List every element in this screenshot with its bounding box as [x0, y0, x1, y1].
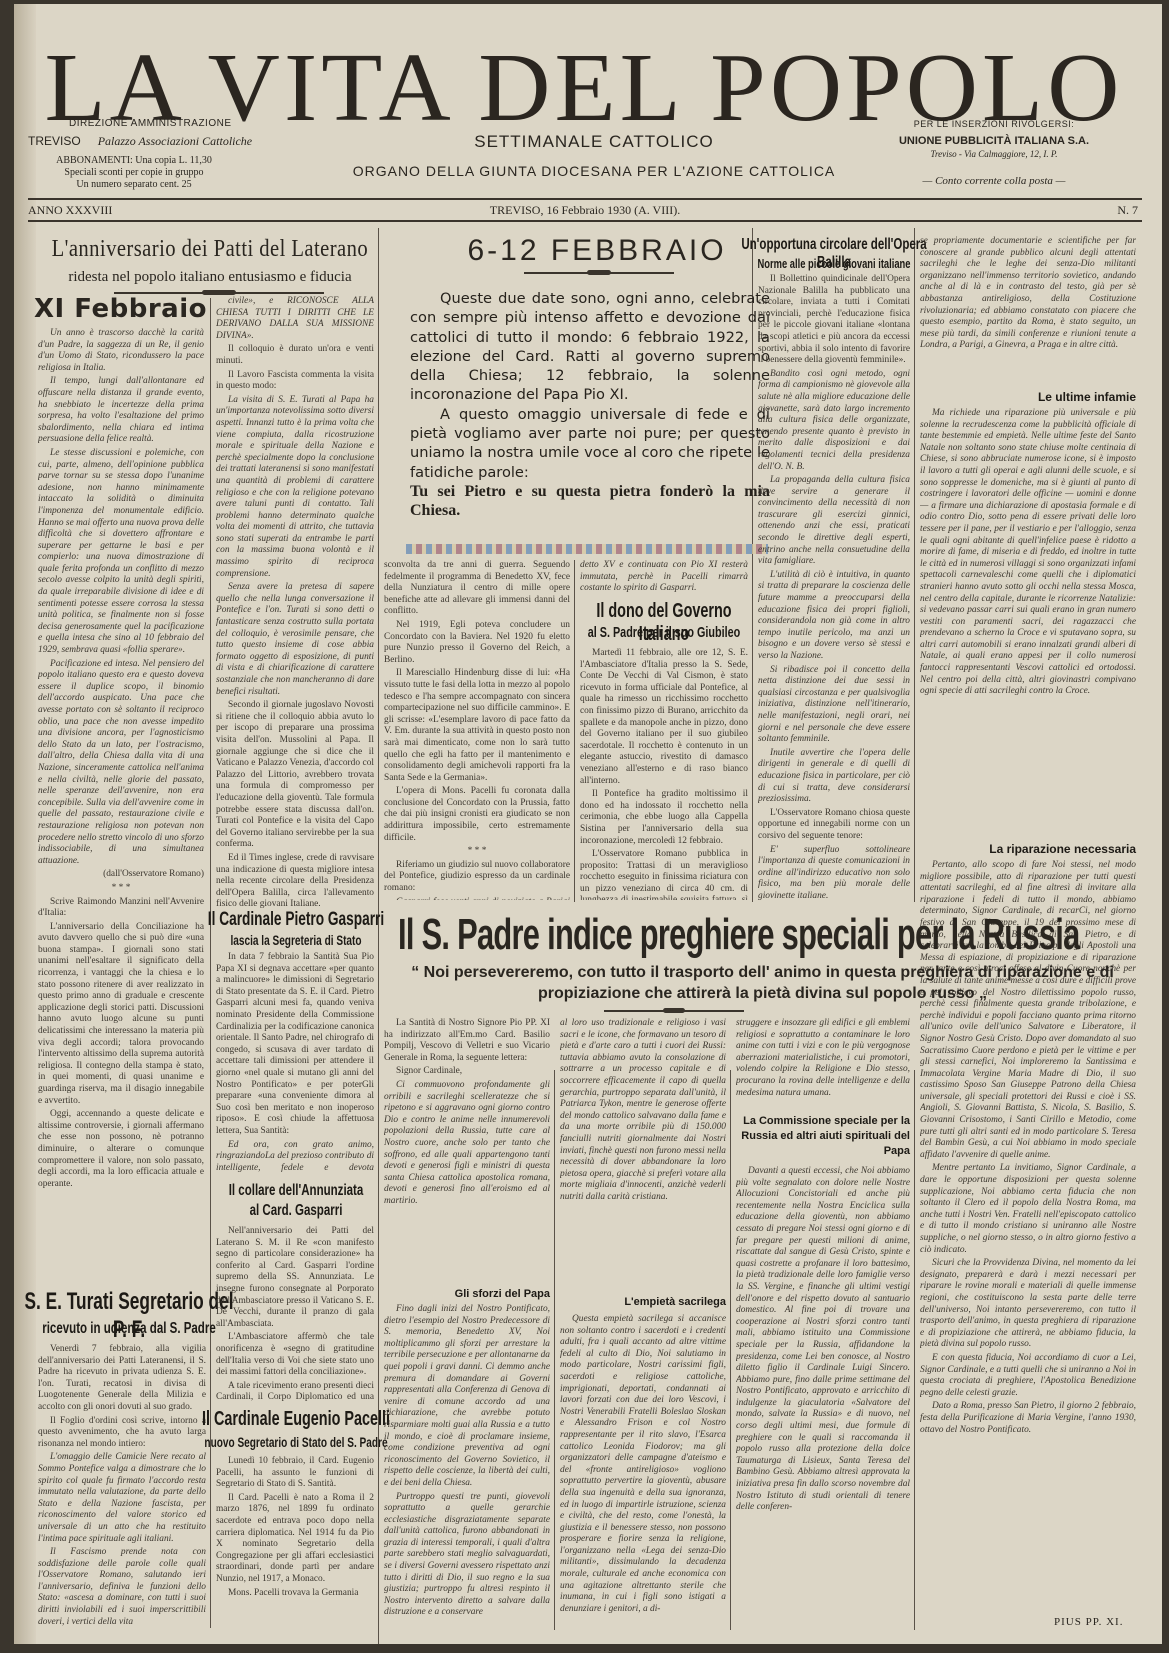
- headline-laterano: L'anniversario dei Patti del Laterano: [28, 236, 392, 263]
- paragraph: Il Bollettino quindicinale dell'Opera Na…: [758, 274, 910, 367]
- advertising-line: Treviso - Via Calmaggiore, 12, I. P.: [844, 148, 1144, 161]
- paragraph: E con questa fiducia, Noi accordiamo di …: [920, 1353, 1136, 1399]
- advertising-line: UNIONE PUBBLICITÀ ITALIANA S.A.: [844, 135, 1144, 148]
- ornament-rule: [524, 270, 674, 276]
- subhead-russia: “ Noi persevereremo, con tutto il traspo…: [400, 962, 1125, 1004]
- headline-riparazione: La riparazione necessaria: [920, 842, 1136, 856]
- headline-gasparri: Il Cardinale Pietro Gasparri: [188, 909, 404, 931]
- column-rule: [554, 1070, 555, 1630]
- paragraph: Il Card. Pacelli è nato a Roma il 2 marz…: [216, 1493, 374, 1586]
- article-infamie: Ma richiede una riparazione più universa…: [920, 408, 1136, 836]
- paragraph: L'anniversario della Conciliazione ha av…: [38, 922, 204, 1108]
- article-turati: Venerdì 7 febbraio, alla vigilia dell'an…: [38, 1344, 206, 1634]
- article-gasparri: In data 7 febbraio la Santità Sua Pio Pa…: [216, 952, 374, 1174]
- paragraph: Pacificazione ed intesa. Nel pensiero de…: [38, 659, 204, 868]
- paragraph: al loro uso tradizionale e religioso i v…: [560, 1018, 726, 1204]
- direzione-label: DIREZIONE AMMINISTRAZIONE: [69, 118, 232, 129]
- column-rule: [914, 228, 915, 902]
- headline-empieta: L'empietà sacrilega: [560, 1296, 726, 1308]
- paragraph: civile», e RICONOSCE ALLA CHIESA TUTTI I…: [216, 296, 374, 342]
- address-palazzo: Palazzo Associazioni Cattoliche: [98, 134, 252, 148]
- paragraph: La Santità di Nostro Signore Pio PP. XI …: [384, 1018, 550, 1064]
- paragraph: Pertanto, allo scopo di fare Noi stessi,…: [920, 860, 1136, 1161]
- paragraph: In data 7 febbraio la Santità Sua Pio Pa…: [216, 952, 374, 1138]
- paragraph: Purtroppo questi tre punti, giovevoli so…: [384, 1492, 550, 1620]
- article-dono: Martedì 11 febbraio, alle ore 12, S. E. …: [580, 648, 748, 900]
- section-title-xi-febbraio: XI Febbraio: [34, 294, 207, 324]
- signature: PIUS PP. XI.: [1054, 1616, 1123, 1628]
- divider: [28, 220, 1142, 222]
- article-6-12-febbraio: Queste due date sono, ogni anno, celebra…: [410, 289, 770, 521]
- article-commissione: Davanti a questi eccessi, che Noi abbiam…: [736, 1166, 910, 1632]
- paragraph: L'Osservatore Romano chiosa queste oppor…: [758, 808, 910, 843]
- article-balilla: Il Bollettino quindicinale dell'Opera Na…: [758, 274, 910, 900]
- article-continuation: se propriamente documentarie e scientifi…: [920, 236, 1136, 386]
- paragraph: struggere e insozzare gli edifici e gli …: [736, 1018, 910, 1099]
- paragraph: Signor Cardinale,: [384, 1066, 550, 1078]
- paragraph: Queste due date sono, ogni anno, celebra…: [410, 289, 770, 405]
- advertising-line: — Conto corrente colla posta —: [844, 175, 1144, 188]
- newspaper-page: LA VITA DEL POPOLO DIREZIONE AMMINISTRAZ…: [14, 4, 1162, 1644]
- paragraph: Il Maresciallo Hindenburg disse di lui: …: [384, 668, 570, 784]
- paragraph: Il colloquio è durato un'ora e venti min…: [216, 344, 374, 367]
- headline-russia: Il S. Padre indice preghiere speciali pe…: [398, 910, 1126, 960]
- subhead-collare: al Card. Gasparri: [217, 1202, 375, 1220]
- article-laterano-col1: Un anno è trascorso dacchè la carità d'u…: [38, 328, 204, 1188]
- paragraph: Davanti a questi eccessi, che Noi abbiam…: [736, 1166, 910, 1514]
- article-russia-col3: struggere e insozzare gli edifici e gli …: [736, 1018, 910, 1108]
- quote-text: Tu sei Pietro e su questa pietra fonderò…: [410, 483, 770, 519]
- issue-date: TREVISO, 16 Febbraio 1930 (A. VIII).: [28, 203, 1142, 218]
- headline-collare: Il collare dell'Annunziata: [195, 1182, 397, 1200]
- column-rule: [730, 1070, 731, 1630]
- masthead-tagline: SETTIMANALE CATTOLICO: [314, 132, 874, 152]
- section-break: * * *: [384, 846, 570, 858]
- paragraph: Questa empietà sacrilega si accanisce no…: [560, 1314, 726, 1615]
- subhead-dono: al S. Padre per il suo Giubileo: [570, 624, 757, 641]
- headline-6-12-febbraio: 6-12 FEBBRAIO: [422, 234, 772, 268]
- paragraph: sconvolta da tre anni di guerra. Seguend…: [384, 560, 570, 618]
- paragraph: Il Pontefice ha gradito moltissimo il do…: [580, 789, 748, 847]
- divider: [28, 198, 1142, 200]
- section-break: * * *: [38, 883, 204, 895]
- article-russia-col2: al loro uso tradizionale e religioso i v…: [560, 1018, 726, 1278]
- subscription-info: ABBONAMENTI: Una copia L. 11,30 Speciali…: [44, 155, 224, 191]
- article-empieta: Questa empietà sacrilega si accanisce no…: [560, 1314, 726, 1632]
- paragraph: A questo omaggio universale di fede e di…: [410, 405, 770, 482]
- paragraph: L'omaggio delle Camicie Nere recato al S…: [38, 1452, 206, 1545]
- paragraph: Mons. Pacelli trovava la Germania: [216, 1588, 374, 1600]
- paragraph: Mentre pertanto La invitiamo, Signor Car…: [920, 1163, 1136, 1256]
- paragraph: Nel 1919, Egli poteva concludere un Conc…: [384, 620, 570, 666]
- address-city: TREVISO: [28, 134, 81, 148]
- paragraph: Lunedì 10 febbraio, il Card. Eugenio Pac…: [216, 1456, 374, 1491]
- paragraph: Un anno è trascorso dacchè la carità d'u…: [38, 328, 204, 374]
- paragraph: Scrive Raimondo Manzini nell'Avvenire d'…: [38, 897, 204, 920]
- article-sforzi: Fino dagli inizi del Nostro Pontificato,…: [384, 1304, 550, 1632]
- paragraph: Nell'anniversario dei Patti del Laterano…: [216, 1226, 374, 1330]
- paragraph: Ed il Times inglese, crede di ravvisare …: [216, 853, 374, 908]
- paragraph: Fino dagli inizi del Nostro Pontificato,…: [384, 1304, 550, 1490]
- paragraph: Si ribadisce poi il concetto della netta…: [758, 665, 910, 746]
- paragraph: Sicuri che la Provvidenza Divina, nel mo…: [920, 1258, 1136, 1351]
- subhead-turati: ricevuto in udienza dal S. Padre: [39, 1320, 219, 1338]
- subhead-gasparri: lascia la Segreteria di Stato: [210, 932, 383, 948]
- paragraph: L'utilità di ciò è intuitiva, in quanto …: [758, 570, 910, 663]
- paragraph: Riferiamo un giudizio sul nuovo collabor…: [384, 860, 570, 895]
- issue-number: N. 7: [1117, 203, 1138, 218]
- paragraph: Il tempo, lungi dall'allontanare ed offu…: [38, 376, 204, 446]
- paragraph: Il Lavoro Fascista commenta la visita in…: [216, 370, 374, 393]
- article-pacelli-continued: sconvolta da tre anni di guerra. Seguend…: [384, 560, 570, 900]
- address: TREVISO Palazzo Associazioni Cattoliche: [28, 134, 252, 149]
- paragraph: detto XV e continuata con Pio XI resterà…: [580, 560, 748, 595]
- advertising-line: PER LE INSERZIONI RIVOLGERSI:: [844, 118, 1144, 131]
- article-collare: Nell'anniversario dei Patti del Laterano…: [216, 1226, 374, 1402]
- ornament-rule: [604, 1008, 744, 1014]
- headline-infamie: Le ultime infamie: [920, 390, 1136, 404]
- paragraph: Martedì 11 febbraio, alle ore 12, S. E. …: [580, 648, 748, 787]
- quote-tu-sei-pietro: Tu sei Pietro e su questa pietra fonderò…: [410, 482, 770, 521]
- headline-sforzi: Gli sforzi del Papa: [384, 1288, 550, 1300]
- headline-commissione: La Commissione speciale per la Russia ed…: [736, 1114, 910, 1159]
- paragraph: Ed ora, con grato animo, ringraziandoLa …: [216, 1140, 374, 1175]
- headline-pacelli: Il Cardinale Eugenio Pacelli: [188, 1408, 404, 1431]
- masthead-organ: ORGANO DELLA GIUNTA DIOCESANA PER L'AZIO…: [264, 163, 924, 179]
- advertising-info: PER LE INSERZIONI RIVOLGERSI: UNIONE PUB…: [844, 118, 1144, 188]
- paragraph: Inutile avvertire che l'opera delle diri…: [758, 748, 910, 806]
- paragraph: Gasparri fece venti anni di noviziato a …: [384, 897, 570, 900]
- paragraph: Secondo il giornale jugoslavo Novosti si…: [216, 700, 374, 851]
- paragraph: La visita di S. E. Turati al Papa ha un'…: [216, 395, 374, 581]
- article-russia-intro: La Santità di Nostro Signore Pio PP. XI …: [384, 1018, 550, 1282]
- paragraph: Oggi, accennando a queste delicate e alt…: [38, 1109, 204, 1188]
- subhead-balilla: Norme alle piccole giovani italiane: [748, 256, 921, 271]
- paragraph: Ma richiede una riparazione più universa…: [920, 408, 1136, 698]
- paragraph: se propriamente documentarie e scientifi…: [920, 236, 1136, 352]
- article-pacelli: Lunedì 10 febbraio, il Card. Eugenio Pac…: [216, 1456, 374, 1636]
- paragraph: Le stesse discussioni e polemiche, con c…: [38, 448, 204, 657]
- paragraph: L'Ambasciatore affermò che tale onorific…: [216, 1332, 374, 1378]
- paragraph: L'opera di Mons. Pacelli fu coronata dal…: [384, 786, 570, 844]
- paragraph: Bandito così ogni metodo, ogni forma di …: [758, 369, 910, 473]
- paragraph: Ci commuovono profondamente gli orribili…: [384, 1080, 550, 1208]
- paragraph: E' superfluo sottolineare l'importanza d…: [758, 845, 910, 901]
- paragraph: Senza avere la pretesa di sapere quello …: [216, 582, 374, 698]
- paragraph: La propaganda della cultura fisica deve …: [758, 475, 910, 568]
- subscription-line: Speciali sconti per copie in gruppo: [44, 167, 224, 179]
- article-laterano-col2: civile», e RICONOSCE ALLA CHIESA TUTTI I…: [216, 296, 374, 908]
- article-continuation: detto XV e continuata con Pio XI resterà…: [580, 560, 748, 596]
- column-rule: [914, 1070, 915, 1630]
- paragraph: A tale ricevimento erano presenti dieci …: [216, 1381, 374, 1402]
- paragraph: L'Osservatore Romano pubblica in proposi…: [580, 849, 748, 900]
- paragraph: Il Fascismo prende nota con soddisfazion…: [38, 1547, 206, 1628]
- paragraph: Venerdì 7 febbraio, alla vigilia dell'an…: [38, 1344, 206, 1414]
- decorative-border: [406, 544, 768, 554]
- source-credit: (dall'Osservatore Romano): [38, 869, 204, 881]
- subhead-laterano: ridesta nel popolo italiano entusiasmo e…: [28, 269, 392, 286]
- subscription-line: Un numero separato cent. 25: [44, 179, 224, 191]
- paragraph: Dato a Roma, presso San Pietro, il giorn…: [920, 1401, 1136, 1436]
- subscription-line: ABBONAMENTI: Una copia L. 11,30: [44, 155, 224, 167]
